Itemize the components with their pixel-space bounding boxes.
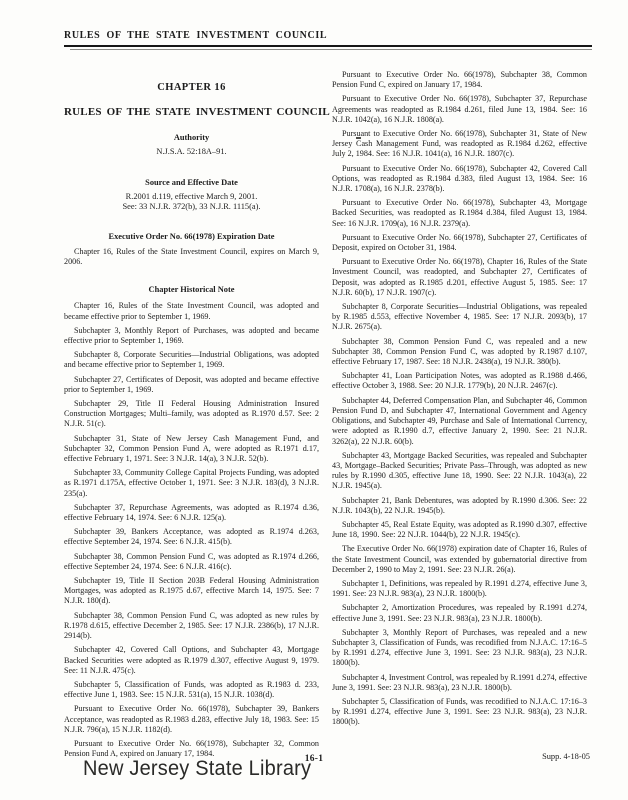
historical-paragraph: Pursuant to Executive Order No. 66(1978)…: [332, 164, 587, 195]
expiration-paragraph: Chapter 16, Rules of the State Investmen…: [64, 247, 319, 267]
page-footer: New Jersey State Library 16-1 Supp. 4-18…: [0, 748, 628, 800]
source-see-line: See: 33 N.J.R. 372(b), 33 N.J.R. 1115(a)…: [64, 202, 319, 211]
historical-paragraph: Subchapter 38, Common Pension Fund C, wa…: [332, 337, 587, 368]
historical-paragraph: Subchapter 41, Loan Participation Notes,…: [332, 371, 587, 391]
historical-paragraph: Subchapter 5, Classification of Funds, w…: [332, 697, 587, 728]
source-effective-date-heading: Source and Effective Date: [64, 178, 319, 187]
historical-paragraph: Subchapter 39, Bankers Acceptance, was a…: [64, 527, 319, 547]
right-column: Pursuant to Executive Order No. 66(1978)…: [332, 62, 587, 759]
historical-paragraph: Subchapter 43, Mortgage Backed Securitie…: [332, 451, 587, 492]
historical-paragraph: Subchapter 5, Classification of Funds, w…: [64, 680, 319, 700]
source-line: R.2001 d.119, effective March 9, 2001.: [64, 192, 319, 201]
historical-paragraph: Chapter 16, Rules of the State Investmen…: [64, 301, 319, 321]
historical-paragraph: Subchapter 2, Amortization Procedures, w…: [332, 603, 587, 623]
historical-paragraph: Subchapter 44, Deferred Compensation Pla…: [332, 396, 587, 447]
chapter-title: RULES OF THE STATE INVESTMENT COUNCIL: [64, 106, 319, 118]
historical-paragraph: Subchapter 1, Definitions, was repealed …: [332, 579, 587, 599]
expiration-date-heading: Executive Order No. 66(1978) Expiration …: [64, 232, 319, 241]
historical-paragraph: Pursuant to Executive Order No. 66(1978)…: [332, 129, 587, 160]
historical-paragraph: Subchapter 3, Monthly Report of Purchase…: [332, 628, 587, 669]
historical-paragraph: Subchapter 33, Community College Capital…: [64, 468, 319, 499]
historical-paragraph: Subchapter 19, Title II Section 203B Fed…: [64, 576, 319, 607]
historical-paragraph: Pursuant to Executive Order No. 66(1978)…: [332, 257, 587, 298]
document-page: RULES OF THE STATE INVESTMENT COUNCIL CH…: [0, 0, 628, 800]
chapter-historical-note-heading: Chapter Historical Note: [64, 285, 319, 294]
historical-paragraph: Subchapter 37, Repurchase Agreements, wa…: [64, 503, 319, 523]
historical-paragraph: Pursuant to Executive Order No. 66(1978)…: [332, 94, 587, 125]
historical-paragraph: Subchapter 8, Corporate Securities—Indus…: [64, 350, 319, 370]
historical-paragraph: Subchapter 3, Monthly Report of Purchase…: [64, 326, 319, 346]
header-rule-shadow: [70, 49, 592, 50]
header-rule: [64, 45, 592, 47]
historical-paragraph: Subchapter 21, Bank Debentures, was adop…: [332, 496, 587, 516]
historical-paragraph: Subchapter 45, Real Estate Equity, was a…: [332, 520, 587, 540]
authority-heading: Authority: [64, 133, 319, 142]
chapter-number: CHAPTER 16: [64, 82, 319, 93]
historical-paragraph: Pursuant to Executive Order No. 66(1978)…: [332, 233, 587, 253]
historical-paragraph: Pursuant to Executive Order No. 66(1978)…: [64, 704, 319, 735]
historical-paragraph: Pursuant to Executive Order No. 66(1978)…: [332, 198, 587, 229]
historical-paragraph: Subchapter 4, Investment Control, was re…: [332, 673, 587, 693]
running-header-title: RULES OF THE STATE INVESTMENT COUNCIL: [64, 30, 327, 41]
authority-heading-label: Authority: [174, 133, 209, 142]
historical-paragraph: Subchapter 29, Title II Federal Housing …: [64, 399, 319, 430]
scan-speck: [356, 137, 361, 139]
historical-paragraph: Subchapter 38, Common Pension Fund C, wa…: [64, 611, 319, 642]
historical-paragraph: Subchapter 8, Corporate Securities—Indus…: [332, 302, 587, 333]
historical-paragraph: Subchapter 38, Common Pension Fund C, wa…: [64, 552, 319, 572]
left-column: CHAPTER 16 RULES OF THE STATE INVESTMENT…: [64, 62, 319, 759]
historical-paragraph: Subchapter 27, Certificates of Deposit, …: [64, 375, 319, 395]
supplement-date: Supp. 4-18-05: [542, 752, 590, 761]
historical-paragraph: Subchapter 42, Covered Call Options, and…: [64, 645, 319, 676]
historical-paragraph: Pursuant to Executive Order No. 66(1978)…: [332, 70, 587, 90]
two-column-body: CHAPTER 16 RULES OF THE STATE INVESTMENT…: [64, 62, 587, 759]
historical-paragraph: The Executive Order No. 66(1978) expirat…: [332, 544, 587, 575]
historical-paragraph: Subchapter 31, State of New Jersey Cash …: [64, 434, 319, 465]
page-number: 16-1: [0, 754, 628, 764]
authority-citation: N.J.S.A. 52:18A–91.: [64, 147, 319, 156]
